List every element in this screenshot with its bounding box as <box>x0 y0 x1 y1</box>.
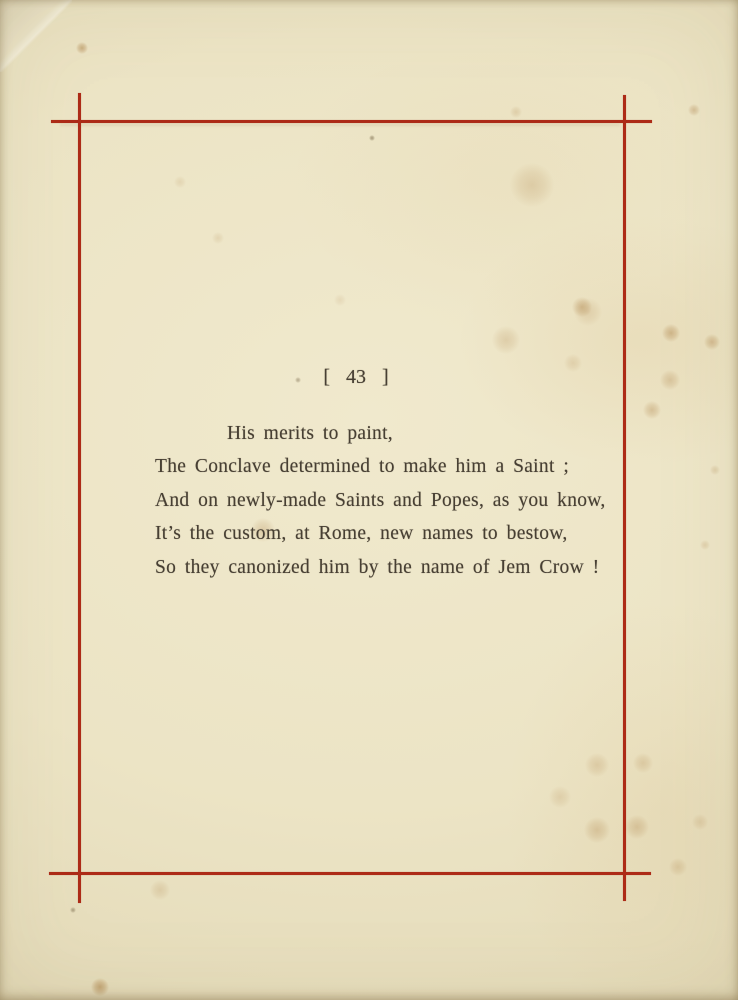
foxing-stain <box>643 401 661 419</box>
border-line-top <box>51 120 652 123</box>
foxing-stain <box>70 907 76 913</box>
foxing-stain <box>585 753 609 777</box>
border-line-left <box>78 93 81 903</box>
poem-text: His merits to paint, The Conclave determ… <box>155 417 595 584</box>
foxing-stain <box>704 334 720 350</box>
foxing-stain <box>174 176 186 188</box>
foxing-stain <box>584 817 610 843</box>
foxing-stain <box>662 324 680 342</box>
scan-shadow-line <box>60 124 620 126</box>
border-line-bottom <box>49 872 651 875</box>
foxing-stain <box>91 978 109 996</box>
foxing-stain <box>492 326 520 354</box>
foxing-stain <box>692 814 708 830</box>
poem-line: So they canonized him by the name of Jem… <box>155 551 595 584</box>
foxing-stain <box>572 297 592 317</box>
foxing-stain <box>710 465 720 475</box>
poem-line: And on newly-made Saints and Popes, as y… <box>155 484 595 517</box>
foxing-stain <box>625 815 649 839</box>
foxing-stain <box>369 135 375 141</box>
foxing-stain <box>633 753 653 773</box>
border-line-right <box>623 95 626 901</box>
foxing-stain <box>574 298 602 326</box>
poem-line: His merits to paint, <box>155 417 595 450</box>
foxing-stain <box>76 42 88 54</box>
foxing-stain <box>688 104 700 116</box>
foxing-stain <box>212 232 224 244</box>
poem-line: The Conclave determined to make him a Sa… <box>155 450 595 483</box>
scanned-book-page: [ 43 ] His merits to paint, The Conclave… <box>0 0 738 1000</box>
foxing-stain <box>549 786 571 808</box>
foxing-stain <box>510 163 554 207</box>
page-number: [ 43 ] <box>0 366 725 389</box>
paper-corner-crease <box>0 0 72 72</box>
poem-line: It’s the custom, at Rome, new names to b… <box>155 517 595 550</box>
foxing-stain <box>669 858 687 876</box>
foxing-stain <box>150 880 170 900</box>
foxing-stain <box>334 294 346 306</box>
foxing-stain <box>510 106 522 118</box>
foxing-stain <box>700 540 710 550</box>
